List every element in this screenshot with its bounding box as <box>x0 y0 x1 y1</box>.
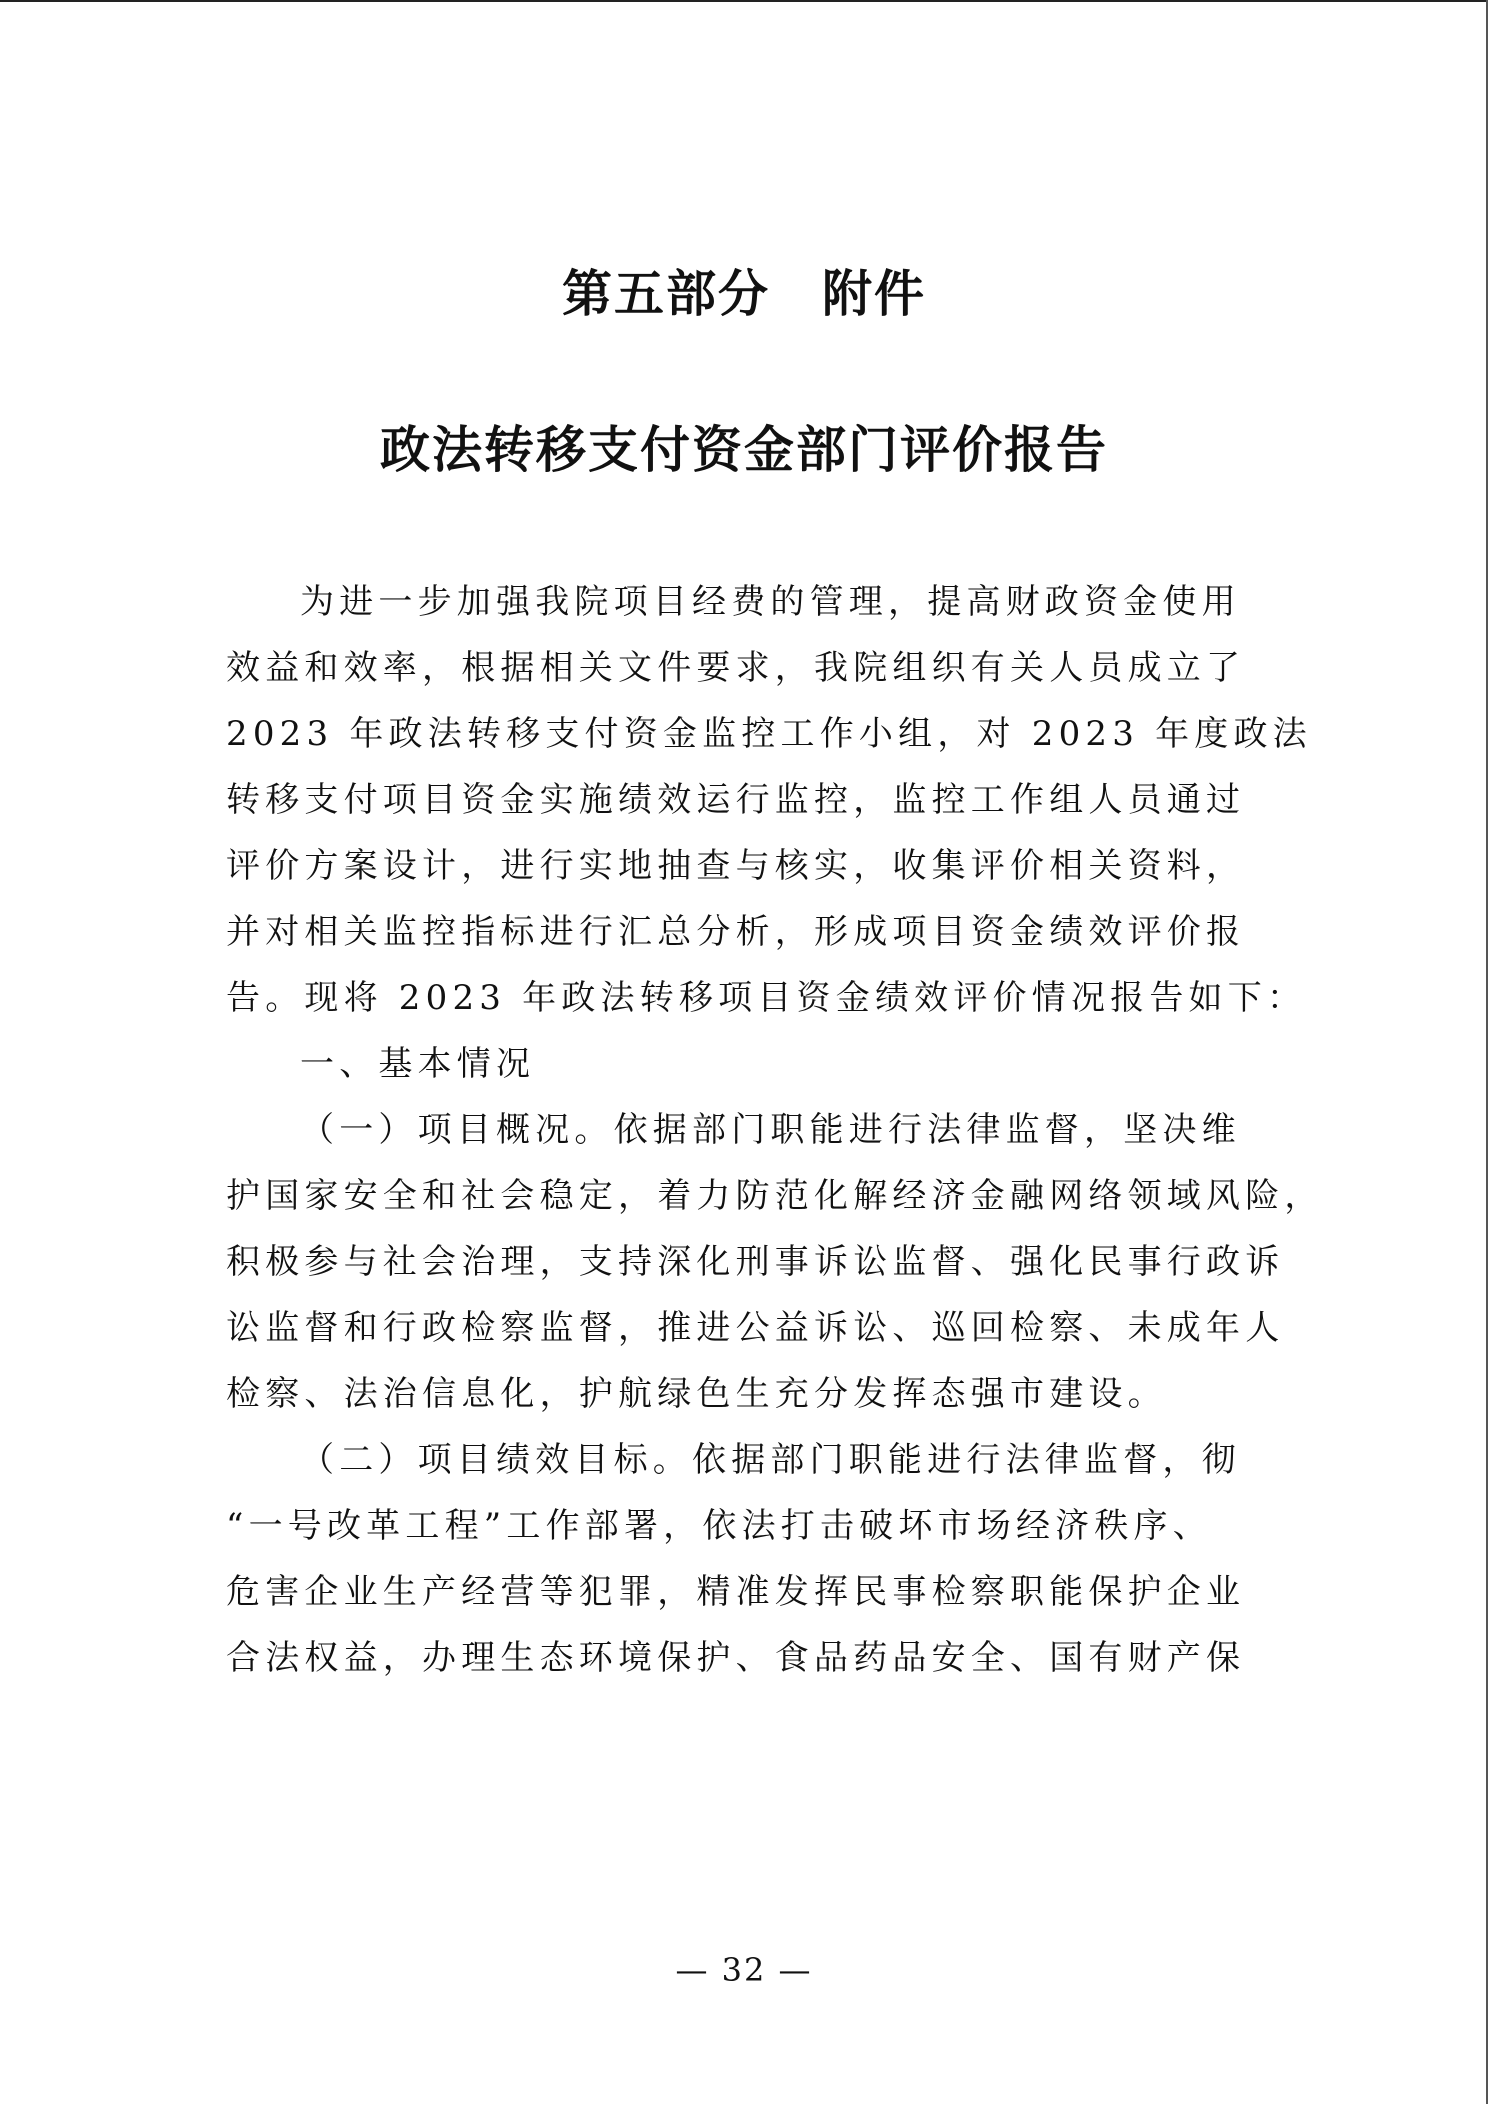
body-line: 为进一步加强我院项目经费的管理，提高财政资金使用 <box>226 578 1276 644</box>
section-heading: 一、基本情况 <box>226 1040 1276 1106</box>
body-line: 合法权益，办理生态环境保护、食品药品安全、国有财产保 <box>226 1634 1276 1700</box>
document-body: 为进一步加强我院项目经费的管理，提高财政资金使用 效益和效率，根据相关文件要求，… <box>226 578 1276 1700</box>
body-line: 护国家安全和社会稳定，着力防范化解经济金融网络领域风险， <box>226 1172 1276 1238</box>
body-line: “一号改革工程”工作部署，依法打击破坏市场经济秩序、 <box>226 1502 1276 1568</box>
body-line: 检察、法治信息化，护航绿色生充分发挥态强市建设。 <box>226 1370 1276 1436</box>
document-title: 政法转移支付资金部门评价报告 <box>0 418 1488 482</box>
body-line: 效益和效率，根据相关文件要求，我院组织有关人员成立了 <box>226 644 1276 710</box>
body-line: 讼监督和行政检察监督，推进公益诉讼、巡回检察、未成年人 <box>226 1304 1276 1370</box>
body-line: 并对相关监控指标进行汇总分析，形成项目资金绩效评价报 <box>226 908 1276 974</box>
page-border-top <box>0 0 1488 2</box>
page-number: — 32 — <box>0 1950 1488 1990</box>
body-line: 2023 年政法转移支付资金监控工作小组，对 2023 年度政法 <box>226 710 1276 776</box>
body-line: 转移支付项目资金实施绩效运行监控，监控工作组人员通过 <box>226 776 1276 842</box>
section-title: 第五部分 附件 <box>0 262 1488 326</box>
body-line: 积极参与社会治理，支持深化刑事诉讼监督、强化民事行政诉 <box>226 1238 1276 1304</box>
body-line: 评价方案设计，进行实地抽查与核实，收集评价相关资料， <box>226 842 1276 908</box>
body-line: 危害企业生产经营等犯罪，精准发挥民事检察职能保护企业 <box>226 1568 1276 1634</box>
body-line: 告。现将 2023 年政法转移项目资金绩效评价情况报告如下： <box>226 974 1276 1040</box>
subsection-heading-line: （一）项目概况。依据部门职能进行法律监督，坚决维 <box>226 1106 1276 1172</box>
subsection-heading-line: （二）项目绩效目标。依据部门职能进行法律监督，彻 <box>226 1436 1276 1502</box>
